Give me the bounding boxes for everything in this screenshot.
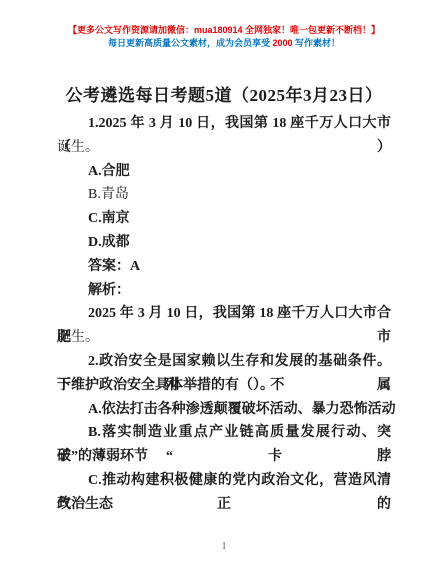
question-1-stem-line-1: 1.2025 年 3 月 10 日，我国第 18 座千万人口大市（） [57, 112, 391, 136]
promo-line-2-pre: 每日更新高质量公文素材，成为会员享受 [108, 38, 273, 48]
question-2-option-b-line-1: B.落实制造业重点产业链高质量发展行动、突破“卡脖 [57, 421, 391, 445]
question-1-option-a: A.合肥 [57, 160, 391, 184]
question-2-stem-line-1: 2.政治安全是国家赖以生存和发展的基础条件。下列不属 [57, 350, 391, 374]
question-1-option-b: B.青岛 [57, 183, 391, 207]
promo-line-2-post: 写作素材！ [293, 38, 341, 48]
question-1-analysis-label: 解析： [57, 279, 391, 303]
document-body: 1.2025 年 3 月 10 日，我国第 18 座千万人口大市（） 诞生。 A… [57, 112, 391, 517]
question-1-answer: 答案：A [57, 255, 391, 279]
promo-header: 【更多公文写作资源请加微信：mua180914 全网独家！唯一包更新不断档！】 … [0, 24, 448, 50]
question-1-option-c: C.南京 [57, 207, 391, 231]
question-2-option-a: A.依法打击各种渗透颠覆破坏活动、暴力恐怖活动 [57, 398, 391, 422]
question-2-option-c-line-1: C.推动构建积极健康的党内政治文化，营造风清气正的 [57, 469, 391, 493]
question-1-option-d: D.成都 [57, 231, 391, 255]
document-page: 【更多公文写作资源请加微信：mua180914 全网独家！唯一包更新不断档！】 … [0, 0, 448, 580]
page-title: 公考遴选每日考题5道（2025年3月23日） [0, 84, 448, 108]
page-number: 1 [0, 541, 448, 553]
question-1-analysis-line-1: 2025 年 3 月 10 日，我国第 18 座千万人口大市合肥市 [57, 302, 391, 326]
promo-line-2-highlight: 2000 [272, 38, 292, 48]
promo-line-1: 【更多公文写作资源请加微信：mua180914 全网独家！唯一包更新不断档！】 [0, 24, 448, 37]
promo-line-2: 每日更新高质量公文素材，成为会员享受 2000 写作素材！ [0, 37, 448, 50]
